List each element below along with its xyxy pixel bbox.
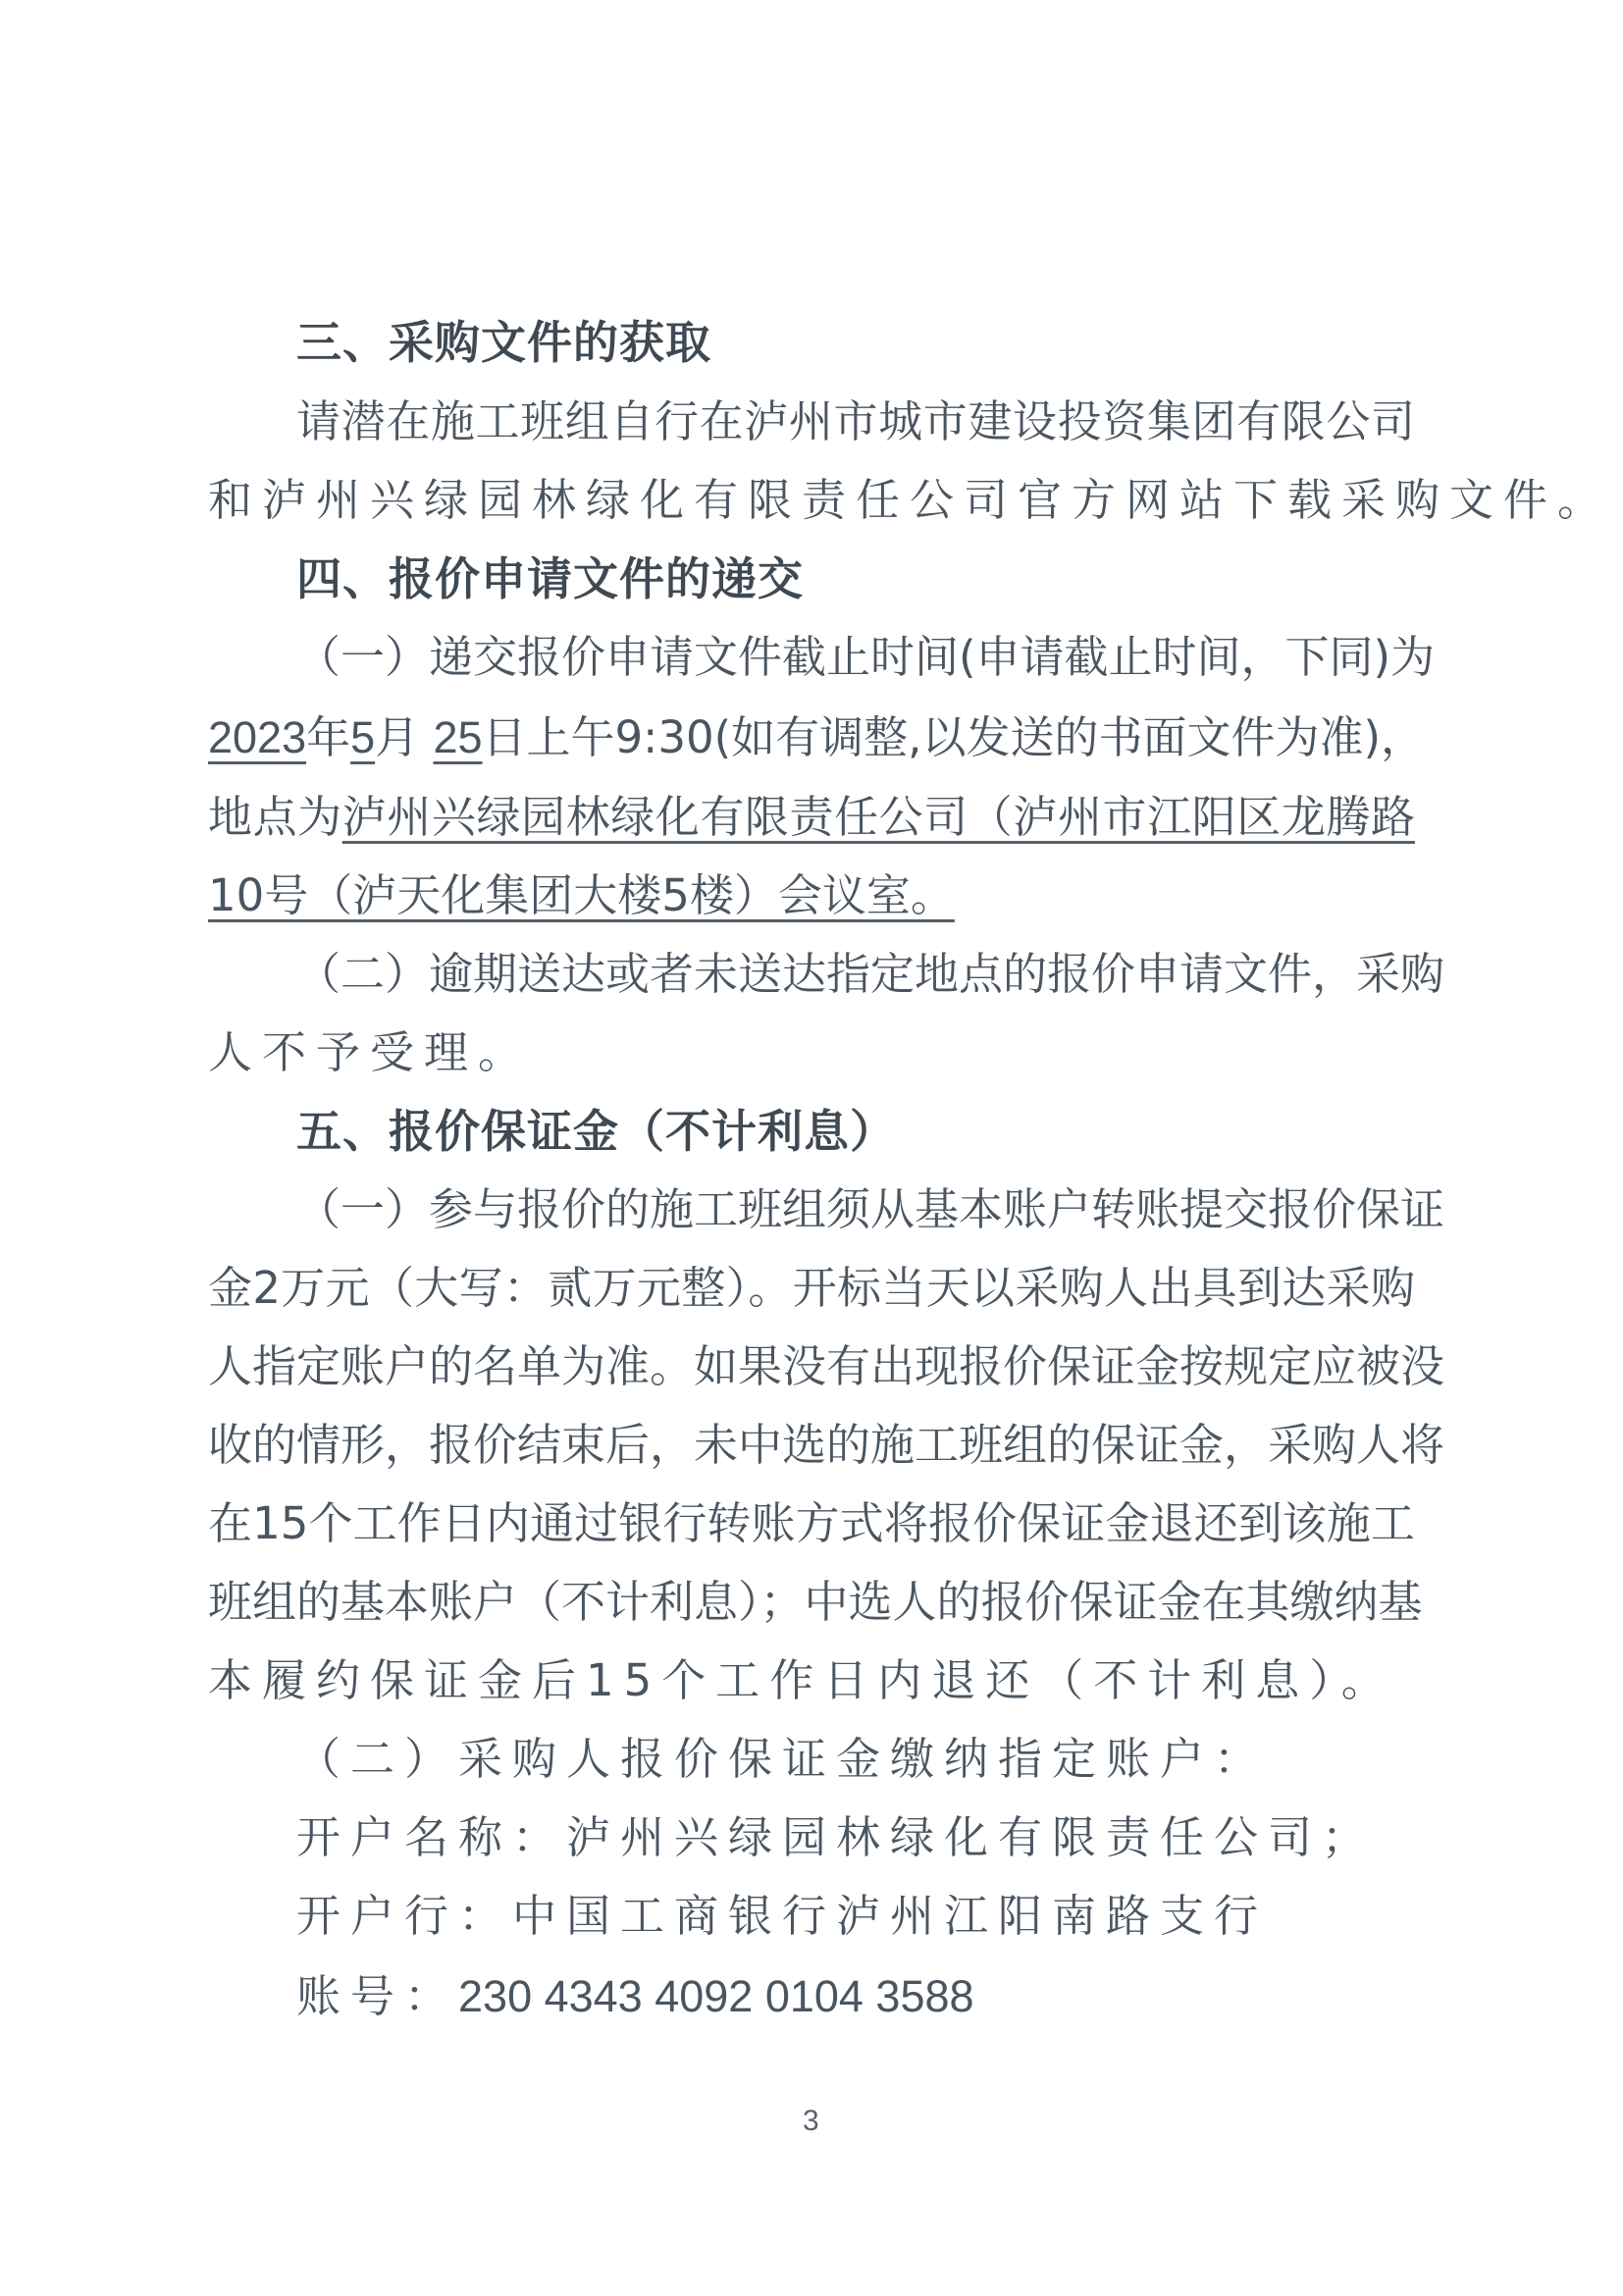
bank-line: 开户行：中国工商银行泸州江阳南路支行 <box>296 1885 1415 1948</box>
location-prefix: 地点为 <box>208 791 342 843</box>
deadline-year: 2023 <box>208 712 306 762</box>
account-name-label: 开户名称： <box>296 1811 566 1863</box>
section-5-item-1-line-4: 收的情形，报价结束后，未中选的施工班组的保证金，采购人将 <box>208 1414 1415 1477</box>
section-3-paragraph-line-1: 请潜在施工班组自行在泸州市城市建设投资集团有限公司 <box>296 391 1415 453</box>
section-5-item-2-line-1: （二）采购人报价保证金缴纳指定账户： <box>296 1728 1415 1791</box>
year-unit: 年 <box>306 711 350 763</box>
page-number: 3 <box>803 2102 819 2141</box>
section-3-paragraph-line-2: 和泸州兴绿园林绿化有限责任公司官方网站下载采购文件。 <box>208 469 1415 532</box>
section-5-heading: 五、报价保证金（不计利息） <box>296 1100 1415 1163</box>
bank-label: 开户行： <box>296 1890 512 1942</box>
section-4-heading: 四、报价申请文件的递交 <box>296 548 1415 610</box>
location-line-2: 10号（泸天化集团大楼5楼）会议室。 <box>208 864 1415 927</box>
bank-value: 中国工商银行泸州江阳南路支行 <box>512 1890 1268 1942</box>
month-unit: 月 <box>375 711 419 763</box>
deadline-time-note: 日上午9:30(如有调整,以发送的书面文件为准)， <box>483 711 1425 763</box>
account-number-line: 账号：230 4343 4092 0104 3588 <box>296 1965 1415 2028</box>
section-4-item-1-line-1: （一）递交报价申请文件截止时间(申请截止时间，下同)为 <box>296 626 1415 689</box>
section-4-item-2-line-1: （二）逾期送达或者未送达指定地点的报价申请文件，采购 <box>296 943 1415 1006</box>
section-5-item-1-line-7: 本履约保证金后15个工作日内退还（不计利息）。 <box>208 1649 1415 1712</box>
account-number-value: 230 4343 4092 0104 3588 <box>458 1971 974 2021</box>
section-5-item-1-line-6: 班组的基本账户（不计利息）；中选人的报价保证金在其缴纳基 <box>208 1571 1415 1634</box>
location-line-1: 地点为泸州兴绿园林绿化有限责任公司（泸州市江阳区龙腾路 <box>208 786 1415 849</box>
account-number-label: 账号： <box>296 1970 458 2022</box>
section-5-item-1-line-3: 人指定账户的名单为准。如果没有出现报价保证金按规定应被没 <box>208 1335 1415 1398</box>
section-5-item-1-line-2: 金2万元（大写：贰万元整）。开标当天以采购人出具到达采购 <box>208 1257 1415 1320</box>
deadline-day: 25 <box>433 712 482 762</box>
section-5-item-1-line-5: 在15个工作日内通过银行转账方式将报价保证金退还到该施工 <box>208 1492 1415 1555</box>
deadline-month: 5 <box>350 712 375 762</box>
section-4-item-2-line-2: 人不予受理。 <box>208 1021 1415 1084</box>
section-5-item-1-line-1: （一）参与报价的施工班组须从基本账户转账提交报价保证 <box>296 1178 1415 1241</box>
account-name-line: 开户名称：泸州兴绿园林绿化有限责任公司； <box>296 1806 1415 1869</box>
section-3-heading: 三、采购文件的获取 <box>296 311 1415 374</box>
account-name-value: 泸州兴绿园林绿化有限责任公司； <box>566 1811 1376 1863</box>
location-address-part-2: 10号（泸天化集团大楼5楼）会议室。 <box>208 869 955 921</box>
location-address-part-1: 泸州兴绿园林绿化有限责任公司（泸州市江阳区龙腾路 <box>342 791 1415 843</box>
deadline-line: 2023年5月 25日上午9:30(如有调整,以发送的书面文件为准)， <box>208 706 1415 769</box>
